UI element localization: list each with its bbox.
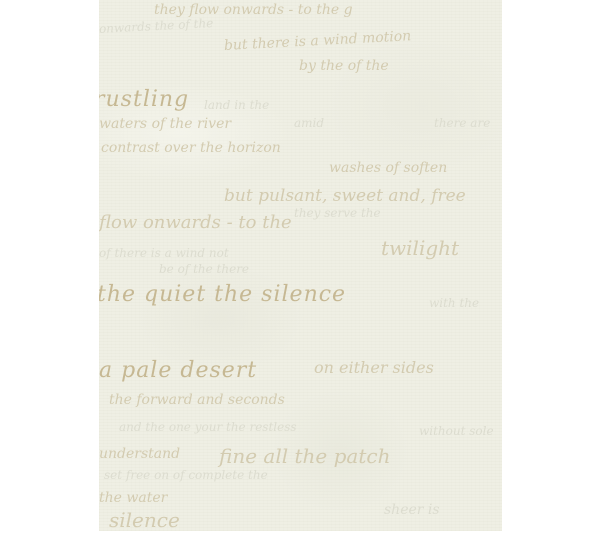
script-line: but there is a wind motion <box>224 28 412 54</box>
script-line: contrast over the horizon <box>101 140 281 156</box>
script-line: land in the <box>204 98 269 112</box>
script-line: a pale desert <box>99 358 257 383</box>
script-line: the water <box>99 490 167 506</box>
script-line: the quiet the silence <box>99 282 346 307</box>
script-line: by the of the <box>299 58 389 74</box>
script-line: sheer is <box>384 502 440 518</box>
script-line: but pulsant, sweet and, free <box>224 186 466 206</box>
script-line: understand <box>99 446 180 462</box>
script-line: rustling <box>99 87 189 112</box>
script-line: amid <box>294 116 324 130</box>
script-line: on either sides <box>314 358 434 377</box>
script-line: they flow onwards - to the g <box>154 2 353 18</box>
wallpaper-sample-panel: they flow onwards - to the g onwards the… <box>99 0 502 531</box>
script-line: the forward and seconds <box>109 392 285 408</box>
script-line: onwards the of the <box>99 16 214 36</box>
script-line: be of the there <box>159 262 249 276</box>
script-line: they serve the <box>294 206 381 220</box>
script-line: there are <box>434 116 490 130</box>
script-line: twilight <box>381 236 459 260</box>
script-line: waters of the river <box>99 116 231 132</box>
script-line: set free on of complete the <box>104 468 268 482</box>
script-line: washes of soften <box>329 160 447 176</box>
script-line: flow onwards - to the <box>99 212 292 233</box>
script-line: fine all the patch <box>219 444 390 468</box>
script-line: with the <box>429 296 479 310</box>
script-line: silence <box>109 508 180 531</box>
script-line: of there is a wind not <box>99 246 229 260</box>
script-line: and the one your the restless <box>119 420 297 434</box>
script-line: without sole <box>419 424 494 438</box>
